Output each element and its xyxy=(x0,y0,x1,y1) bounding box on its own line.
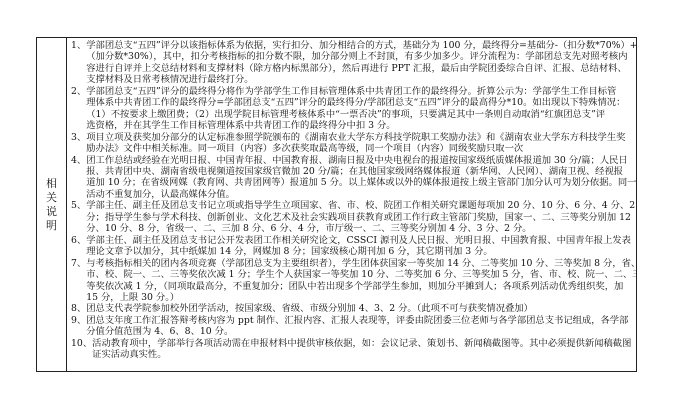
note-item: 4、团工作总结或经验在光明日报、中国青年报、中国教育报、湖南日报及中央电视台的报… xyxy=(71,155,632,201)
note-item-line: 团总支代表学院参加校外团学活动，按国家级、省级、市级分别加 4、3、2 分。（此… xyxy=(86,303,632,314)
note-item-line: 理体系中共青团工作的最终得分=学部团总支“五四”评分的最终得分/学部团总支“五四… xyxy=(86,97,632,108)
note-item-number: 4、 xyxy=(71,155,86,201)
note-item-text: 团工作总结或经验在光明日报、中国青年报、中国教育报、湖南日报及中央电视台的报道按… xyxy=(86,155,636,201)
note-item-text: 学部主任、副主任及团总支书记立项或指导学生立项国家、省、市、校、院团工作相关研究… xyxy=(86,200,635,234)
note-item-line: 理论文章予以加分，其中纸媒加 14 分，网媒加 8 分；国家级核心期刊加 6 分… xyxy=(86,246,632,257)
note-item-line: 活动教育项中，学部举行各项活动需在申报材料中提供审核依据，如：会议记录、策划书、… xyxy=(92,338,632,349)
note-item: 5、学部主任、副主任及团总支书记立项或指导学生立项国家、省、市、校、院团工作相关… xyxy=(71,200,632,234)
note-item-line: 分值分值范围为 4、6、8、10 分。 xyxy=(86,326,632,337)
note-item-line: （加分数*30%），其中，扣分考核指标的扣分数不限，加分部分则上不封顶，有多少加… xyxy=(86,51,636,62)
note-item-number: 3、 xyxy=(71,132,86,155)
note-item-line: 道加 10 分；在省级网媒（教育网、共青团网等）报道加 5 分。以上媒体或以外的… xyxy=(86,177,636,188)
notes-table: 相关说明 1、学部团总支“五四”评分以该指标体系为依据，实行扣分、加分相结合的方… xyxy=(36,37,637,372)
note-item-line: 市、校、院一、二、三等奖依次减 1 分；学生个人获国家一等奖加 10 分、二等奖… xyxy=(86,269,636,280)
note-item-line: 团总支年度工作汇报答辩考核内容为 ppt 制作、汇报内容、汇报人表现等，评委由院… xyxy=(86,315,632,326)
note-item: 8、团总支代表学院参加校外团学活动，按国家级、省级、市级分别加 4、3、2 分。… xyxy=(71,303,632,314)
note-item-line: 等奖依次减 1 分，（同项取最高分，不重复加分；团队中若出现多个学部学生参加，则… xyxy=(86,281,636,292)
note-item-line: 15 分，上限 30 分。） xyxy=(86,292,636,303)
label-cell: 相关说明 xyxy=(37,38,67,371)
note-item-number: 6、 xyxy=(71,235,86,258)
note-item-line: 分、10 分、8 分，省级一、二、三加 8 分、6 分、4 分，市厅级一、二、三… xyxy=(86,223,635,234)
note-item: 7、与考核指标相关的团内各项竞赛（学部团总支为主要组织者），学生团体获国家一等奖… xyxy=(71,258,632,304)
note-item-number: 7、 xyxy=(71,258,86,304)
note-item-text: 学部团总支“五四”评分以该指标体系为依据，实行扣分、加分相结合的方式，基础分为 … xyxy=(86,40,636,86)
note-item-text: 学部团总支“五四”评分的最终得分将作为学部学生工作目标管理体系中共青团工作的最终… xyxy=(86,86,632,132)
note-item: 2、学部团总支“五四”评分的最终得分将作为学部学生工作目标管理体系中共青团工作的… xyxy=(71,86,632,132)
note-item-number: 5、 xyxy=(71,200,86,234)
note-item-text: 项目立项及获奖加分部分的认定标准参照学院颁布的《湖南农业大学东方科技学院职工奖励… xyxy=(86,132,632,155)
note-item-number: 2、 xyxy=(71,86,86,132)
note-item-text: 团总支代表学院参加校外团学活动，按国家级、省级、市级分别加 4、3、2 分。（此… xyxy=(86,303,632,314)
note-item-number: 8、 xyxy=(71,303,86,314)
note-item-line: 与考核指标相关的团内各项竞赛（学部团总支为主要组织者），学生团体获国家一等奖加 … xyxy=(86,258,636,269)
note-item-line: 活动不重复加分，认最高媒体分值。 xyxy=(86,189,636,200)
note-item-line: （1）不按要求上缴团费；（2）出现学院目标管理考核体系中“一票否决”的事项，只要… xyxy=(86,109,632,120)
notes-content-cell: 1、学部团总支“五四”评分以该指标体系为依据，实行扣分、加分相结合的方式，基础分… xyxy=(67,38,636,371)
note-item: 1、学部团总支“五四”评分以该指标体系为依据，实行扣分、加分相结合的方式，基础分… xyxy=(71,40,632,86)
note-item: 9、团总支年度工作汇报答辩考核内容为 ppt 制作、汇报内容、汇报人表现等，评委… xyxy=(71,315,632,338)
note-item-line: 励办法》文件中相关标准。同一项目（内容）多次获奖取最高等级，同一个项目（内容）同… xyxy=(86,143,632,154)
note-item-line: 分；指导学生参与学术科技、创新创业、文化艺术及社会实践项目获教育或团工作行政主管… xyxy=(86,212,635,223)
note-item-line: 团工作总结或经验在光明日报、中国青年报、中国教育报、湖南日报及中央电视台的报道按… xyxy=(86,155,636,166)
note-item-line: 报、共青团中央、湖南省级电视频道按国家级官微加 20 分/篇；在其他国家级网络媒… xyxy=(86,166,636,177)
note-item-line: 项目立项及获奖加分部分的认定标准参照学院颁布的《湖南农业大学东方科技学院职工奖励… xyxy=(86,132,632,143)
note-item-line: 选资格，并在其学生工作目标管理体系中共青团工作的最终得分中扣 3 分。 xyxy=(86,120,632,131)
note-item-line: 支撑材料及日常考核情况进行最终打分。 xyxy=(86,74,636,85)
note-item: 10、活动教育项中，学部举行各项活动需在申报材料中提供审核依据，如：会议记录、策… xyxy=(71,338,632,361)
note-item-text: 活动教育项中，学部举行各项活动需在申报材料中提供审核依据，如：会议记录、策划书、… xyxy=(92,338,632,361)
note-item-line: 容进行自评并上交总结材料和支撑材料（除方格内标黑部分），然后再进行 PPT 汇报… xyxy=(86,63,636,74)
note-item-line: 学部团总支“五四”评分以该指标体系为依据，实行扣分、加分相结合的方式，基础分为 … xyxy=(86,40,636,51)
note-item-line: 学部团总支“五四”评分的最终得分将作为学部学生工作目标管理体系中共青团工作的最终… xyxy=(86,86,632,97)
note-item-text: 学部主任、副主任及团总支书记公开发表团工作相关研究论文，CSSCI 源刊及人民日… xyxy=(86,235,632,258)
note-item-line: 学部主任、副主任及团总支书记立项或指导学生立项国家、省、市、校、院团工作相关研究… xyxy=(86,200,635,211)
note-item: 6、学部主任、副主任及团总支书记公开发表团工作相关研究论文，CSSCI 源刊及人… xyxy=(71,235,632,258)
section-label: 相关说明 xyxy=(46,177,58,233)
note-item-line: 证实活动真实性。 xyxy=(92,349,632,360)
note-item-number: 10、 xyxy=(71,338,92,361)
note-item-text: 与考核指标相关的团内各项竞赛（学部团总支为主要组织者），学生团体获国家一等奖加 … xyxy=(86,258,636,304)
note-item-line: 学部主任、副主任及团总支书记公开发表团工作相关研究论文，CSSCI 源刊及人民日… xyxy=(86,235,632,246)
note-item: 3、项目立项及获奖加分部分的认定标准参照学院颁布的《湖南农业大学东方科技学院职工… xyxy=(71,132,632,155)
note-item-number: 9、 xyxy=(71,315,86,338)
note-item-text: 团总支年度工作汇报答辩考核内容为 ppt 制作、汇报内容、汇报人表现等，评委由院… xyxy=(86,315,632,338)
note-item-number: 1、 xyxy=(71,40,86,86)
